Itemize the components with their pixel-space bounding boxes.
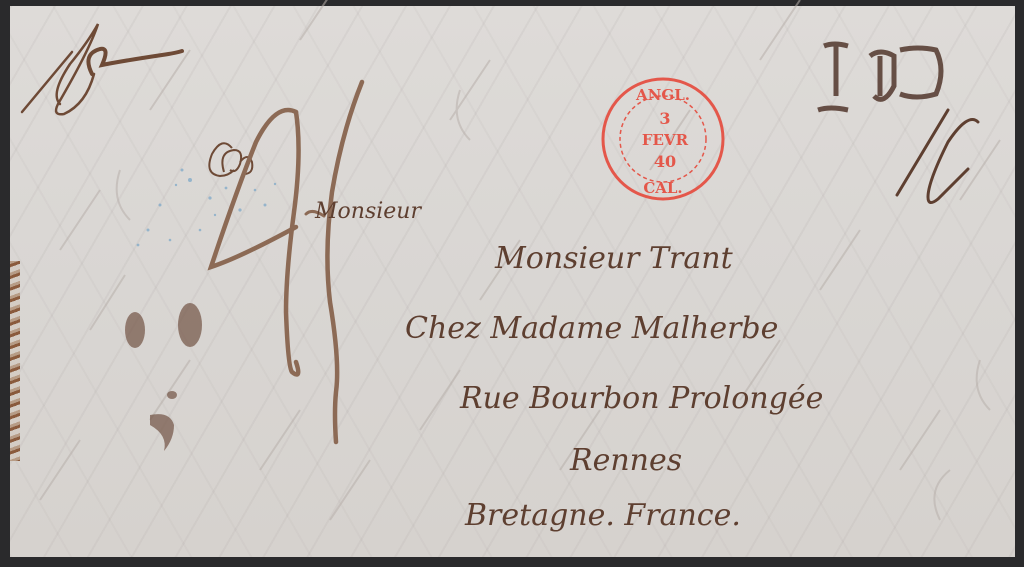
postmark-day: 3 [659,109,670,128]
rate-mark-10-top-left [22,24,182,114]
postmark-bottom-text: CAL. [643,179,682,197]
postmark-text: ANGL. 3 FEVR 40 CAL. [635,86,690,197]
postmark-year: 40 [654,152,676,171]
address-line-region-country: Bretagne. France. [464,498,741,533]
large-numeral-4 [211,82,362,442]
address-line-city: Rennes [569,443,682,478]
boxed-pd-mark [818,44,941,110]
postmark-town: ANGL. [635,86,690,104]
ink-smudge [125,303,202,451]
postmark-month: FEVR [642,131,689,149]
address-line-street: Rue Bourbon Prolongée [459,381,823,416]
rate-mark-10-right [897,110,978,203]
address-line-recipient: Monsieur Trant [494,241,734,276]
address-line-care-of: Chez Madame Malherbe [405,311,778,346]
salutation-text: Monsieur [314,199,422,224]
blue-ink-stain [137,169,277,247]
address-block: Monsieur Monsieur Trant Chez Madame Malh… [314,199,823,533]
handwriting-layer: 10 4 ANGL. 3 FEVR 40 CAL. PD 10 [0,0,1024,567]
